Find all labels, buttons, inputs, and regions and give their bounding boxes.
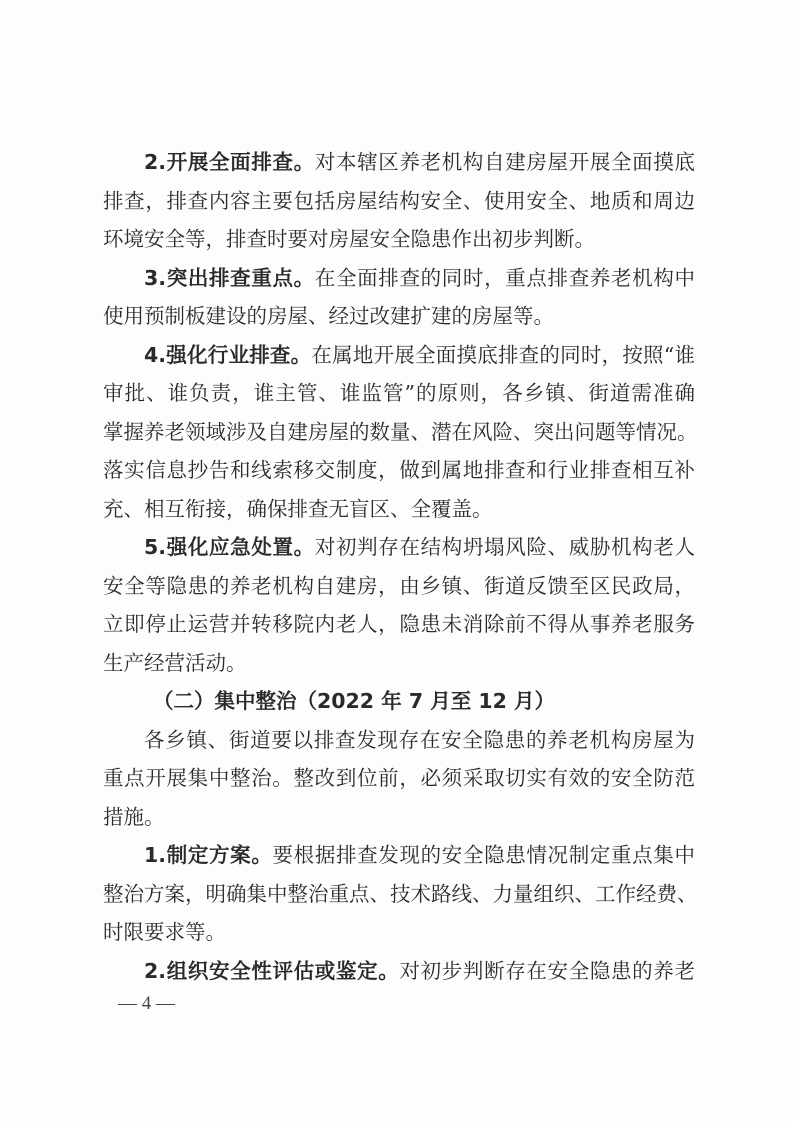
text-line: 使用预制板建设的房屋、经过改建扩建的房屋等。	[103, 297, 695, 336]
text-line: 审批、谁负责，谁主管、谁监管”的原则，各乡镇、街道需准确	[103, 374, 695, 413]
paragraph-lead: 1.制定方案。	[144, 843, 273, 867]
text-line: 4.强化行业排查。在属地开展全面摸底排查的同时，按照“谁	[103, 336, 695, 375]
paragraph-intro: 各乡镇、街道要以排查发现存在安全隐患的养老机构房屋为 重点开展集中整治。整改到位…	[103, 721, 695, 837]
page-number: — 4 —	[118, 993, 175, 1015]
text-line: 立即停止运营并转移院内老人，隐患未消除前不得从事养老服务	[103, 605, 695, 644]
section-heading: （二）集中整治（2022 年 7 月至 12 月）	[103, 682, 695, 721]
text-line: 2.开展全面排查。对本辖区养老机构自建房屋开展全面摸底	[103, 143, 695, 182]
text-line: 措施。	[103, 798, 695, 837]
text-line: 掌握养老领域涉及自建房屋的数量、潜在风险、突出问题等情况。	[103, 413, 695, 452]
paragraph-assessment: 2.组织安全性评估或鉴定。对初步判断存在安全隐患的养老	[103, 952, 695, 991]
text-line: 重点开展集中整治。整改到位前，必须采取切实有效的安全防范	[103, 759, 695, 798]
paragraph-lead: 3.突出排查重点。	[144, 266, 315, 290]
text-line: 充、相互衔接，确保排查无盲区、全覆盖。	[103, 490, 695, 529]
paragraph-lead: 4.强化行业排查。	[144, 343, 311, 367]
paragraph-lead: 2.开展全面排查。	[144, 150, 315, 174]
text-line: 整治方案，明确集中整治重点、技术路线、力量组织、工作经费、	[103, 875, 695, 914]
text-line: 落实信息抄告和线索移交制度，做到属地排查和行业排查相互补	[103, 451, 695, 490]
text-line: 3.突出排查重点。在全面排查的同时，重点排查养老机构中	[103, 259, 695, 298]
paragraph-plan: 1.制定方案。要根据排查发现的安全隐患情况制定重点集中 整治方案，明确集中整治重…	[103, 836, 695, 952]
paragraph-4: 4.强化行业排查。在属地开展全面摸底排查的同时，按照“谁 审批、谁负责，谁主管、…	[103, 336, 695, 529]
paragraph-2: 2.开展全面排查。对本辖区养老机构自建房屋开展全面摸底 排查，排查内容主要包括房…	[103, 143, 695, 259]
text-line: 生产经营活动。	[103, 644, 695, 683]
text-line: 环境安全等，排查时要对房屋安全隐患作出初步判断。	[103, 220, 695, 259]
text-line: 2.组织安全性评估或鉴定。对初步判断存在安全隐患的养老	[103, 952, 695, 991]
text-line: 时限要求等。	[103, 913, 695, 952]
text-line: 1.制定方案。要根据排查发现的安全隐患情况制定重点集中	[103, 836, 695, 875]
text-line: 安全等隐患的养老机构自建房，由乡镇、街道反馈至区民政局，	[103, 567, 695, 606]
paragraph-lead: 2.组织安全性评估或鉴定。	[144, 959, 399, 983]
paragraph-lead: 5.强化应急处置。	[144, 535, 315, 559]
text-line: 排查，排查内容主要包括房屋结构安全、使用安全、地质和周边	[103, 182, 695, 221]
text-line: 5.强化应急处置。对初判存在结构坍塌风险、威胁机构老人	[103, 528, 695, 567]
document-page: 2.开展全面排查。对本辖区养老机构自建房屋开展全面摸底 排查，排查内容主要包括房…	[103, 143, 695, 990]
text-line: 各乡镇、街道要以排查发现存在安全隐患的养老机构房屋为	[103, 721, 695, 760]
paragraph-5: 5.强化应急处置。对初判存在结构坍塌风险、威胁机构老人 安全等隐患的养老机构自建…	[103, 528, 695, 682]
paragraph-3: 3.突出排查重点。在全面排查的同时，重点排查养老机构中 使用预制板建设的房屋、经…	[103, 259, 695, 336]
